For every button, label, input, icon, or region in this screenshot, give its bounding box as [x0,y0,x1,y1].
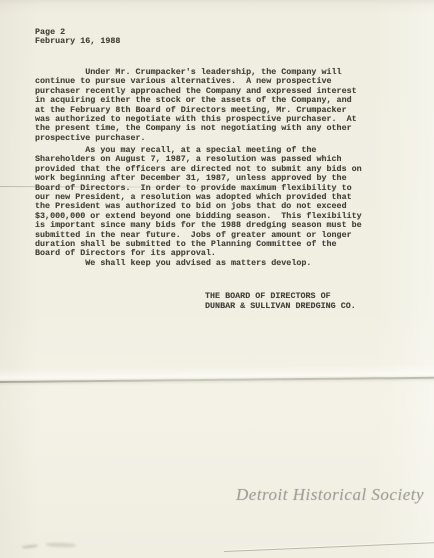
letter-line: We shall keep you advised as matters dev… [35,259,311,268]
watermark: Detroit Historical Society [236,485,424,505]
paragraph-1: Under Mr. Crumpacker's leadership, the C… [35,68,357,143]
letter-page: Page 2February 16, 1988 Under Mr. Crumpa… [0,0,434,558]
pencil-smudge [46,542,76,547]
paper-bottom-edge-shadow [224,542,434,552]
pencil-smudge [22,544,38,549]
paragraph-2: As you may recall, at a special meeting … [35,146,362,259]
letter-line: DUNBAR & SULLIVAN DREDGING CO. [205,302,356,312]
letter-line: prospective purchaser. [35,134,357,143]
signature-block: THE BOARD OF DIRECTORS OFDUNBAR & SULLIV… [205,292,356,311]
page-header: Page 2February 16, 1988 [35,28,120,47]
letter-line: February 16, 1988 [35,37,120,46]
closing-paragraph: We shall keep you advised as matters dev… [35,259,311,268]
